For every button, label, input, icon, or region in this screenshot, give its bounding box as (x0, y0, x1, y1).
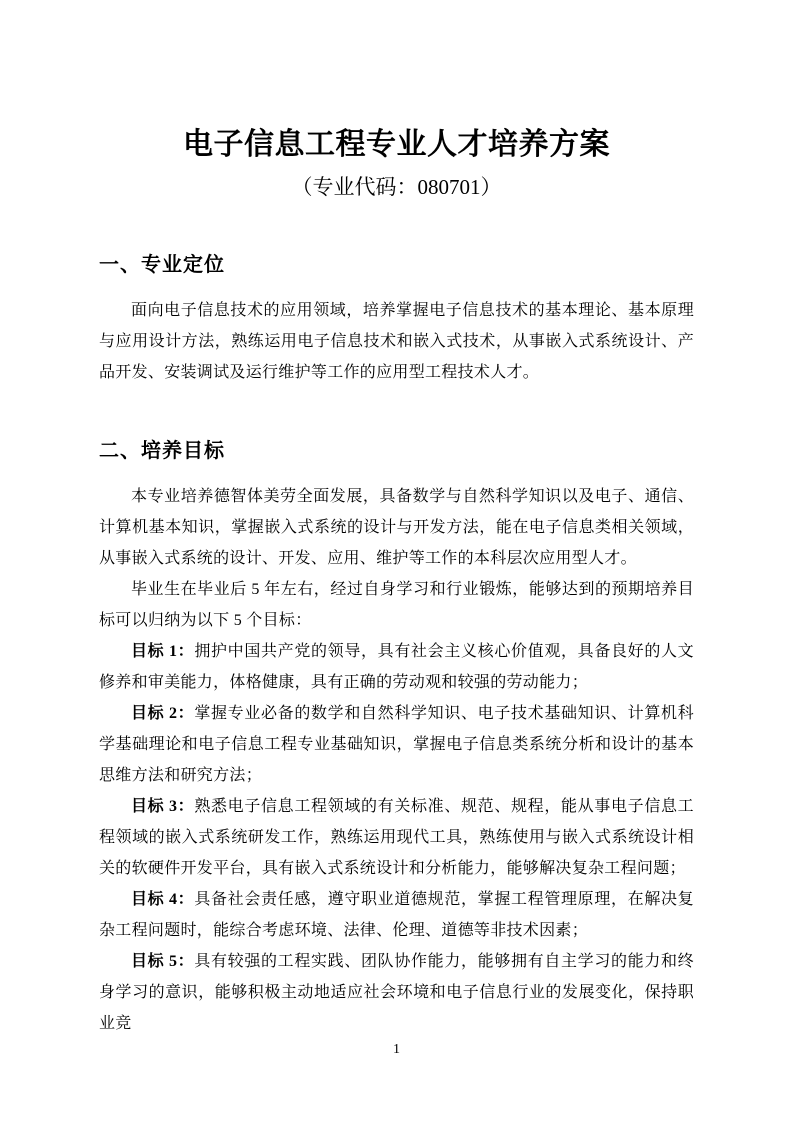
section-2-paragraph-2: 毕业生在毕业后 5 年左右，经过自身学习和行业锻炼，能够达到的预期培养目标可以归… (99, 574, 694, 636)
goal-1-paragraph: 目标 1：拥护中国共产党的领导，具有社会主义核心价值观，具备良好的人文修养和审美… (99, 636, 694, 698)
goal-4-label: 目标 4： (131, 891, 194, 908)
paragraph-text: 本专业培养德智体美劳全面发展，具备数学与自然科学知识以及电子、通信、计算机基本知… (99, 488, 694, 567)
goal-4-paragraph: 目标 4：具备社会责任感，遵守职业道德规范，掌握工程管理原理，在解决复杂工程问题… (99, 884, 694, 946)
paragraph-text: 毕业生在毕业后 5 年左右，经过自身学习和行业锻炼，能够达到的预期培养目标可以归… (99, 581, 694, 629)
section-1-paragraph-1: 面向电子信息技术的应用领域，培养掌握电子信息技术的基本理论、基本原理与应用设计方… (99, 295, 694, 388)
doc-subtitle: （专业代码：080701） (99, 172, 694, 202)
section-2-paragraph-1: 本专业培养德智体美劳全面发展，具备数学与自然科学知识以及电子、通信、计算机基本知… (99, 481, 694, 574)
goal-5-label: 目标 5： (131, 953, 194, 970)
page-number: 1 (393, 1042, 400, 1057)
section-1-heading: 一、专业定位 (99, 252, 694, 279)
goal-2-label: 目标 2： (131, 705, 194, 722)
section-2-heading: 二、培养目标 (99, 438, 694, 465)
goal-3-label: 目标 3： (131, 798, 194, 815)
page-footer: 1 (0, 1040, 793, 1060)
paragraph-text: 面向电子信息技术的应用领域，培养掌握电子信息技术的基本理论、基本原理与应用设计方… (99, 302, 694, 381)
doc-title: 电子信息工程专业人才培养方案 (99, 126, 694, 164)
document-page: 电子信息工程专业人才培养方案 （专业代码：080701） 一、专业定位 面向电子… (0, 0, 793, 1122)
goal-5-paragraph: 目标 5：具有较强的工程实践、团队协作能力，能够拥有自主学习的能力和终身学习的意… (99, 946, 694, 1039)
goal-1-label: 目标 1： (131, 643, 194, 660)
goal-2-paragraph: 目标 2：掌握专业必备的数学和自然科学知识、电子技术基础知识、计算机科学基础理论… (99, 698, 694, 791)
goal-3-paragraph: 目标 3：熟悉电子信息工程领域的有关标准、规范、规程，能从事电子信息工程领域的嵌… (99, 791, 694, 884)
